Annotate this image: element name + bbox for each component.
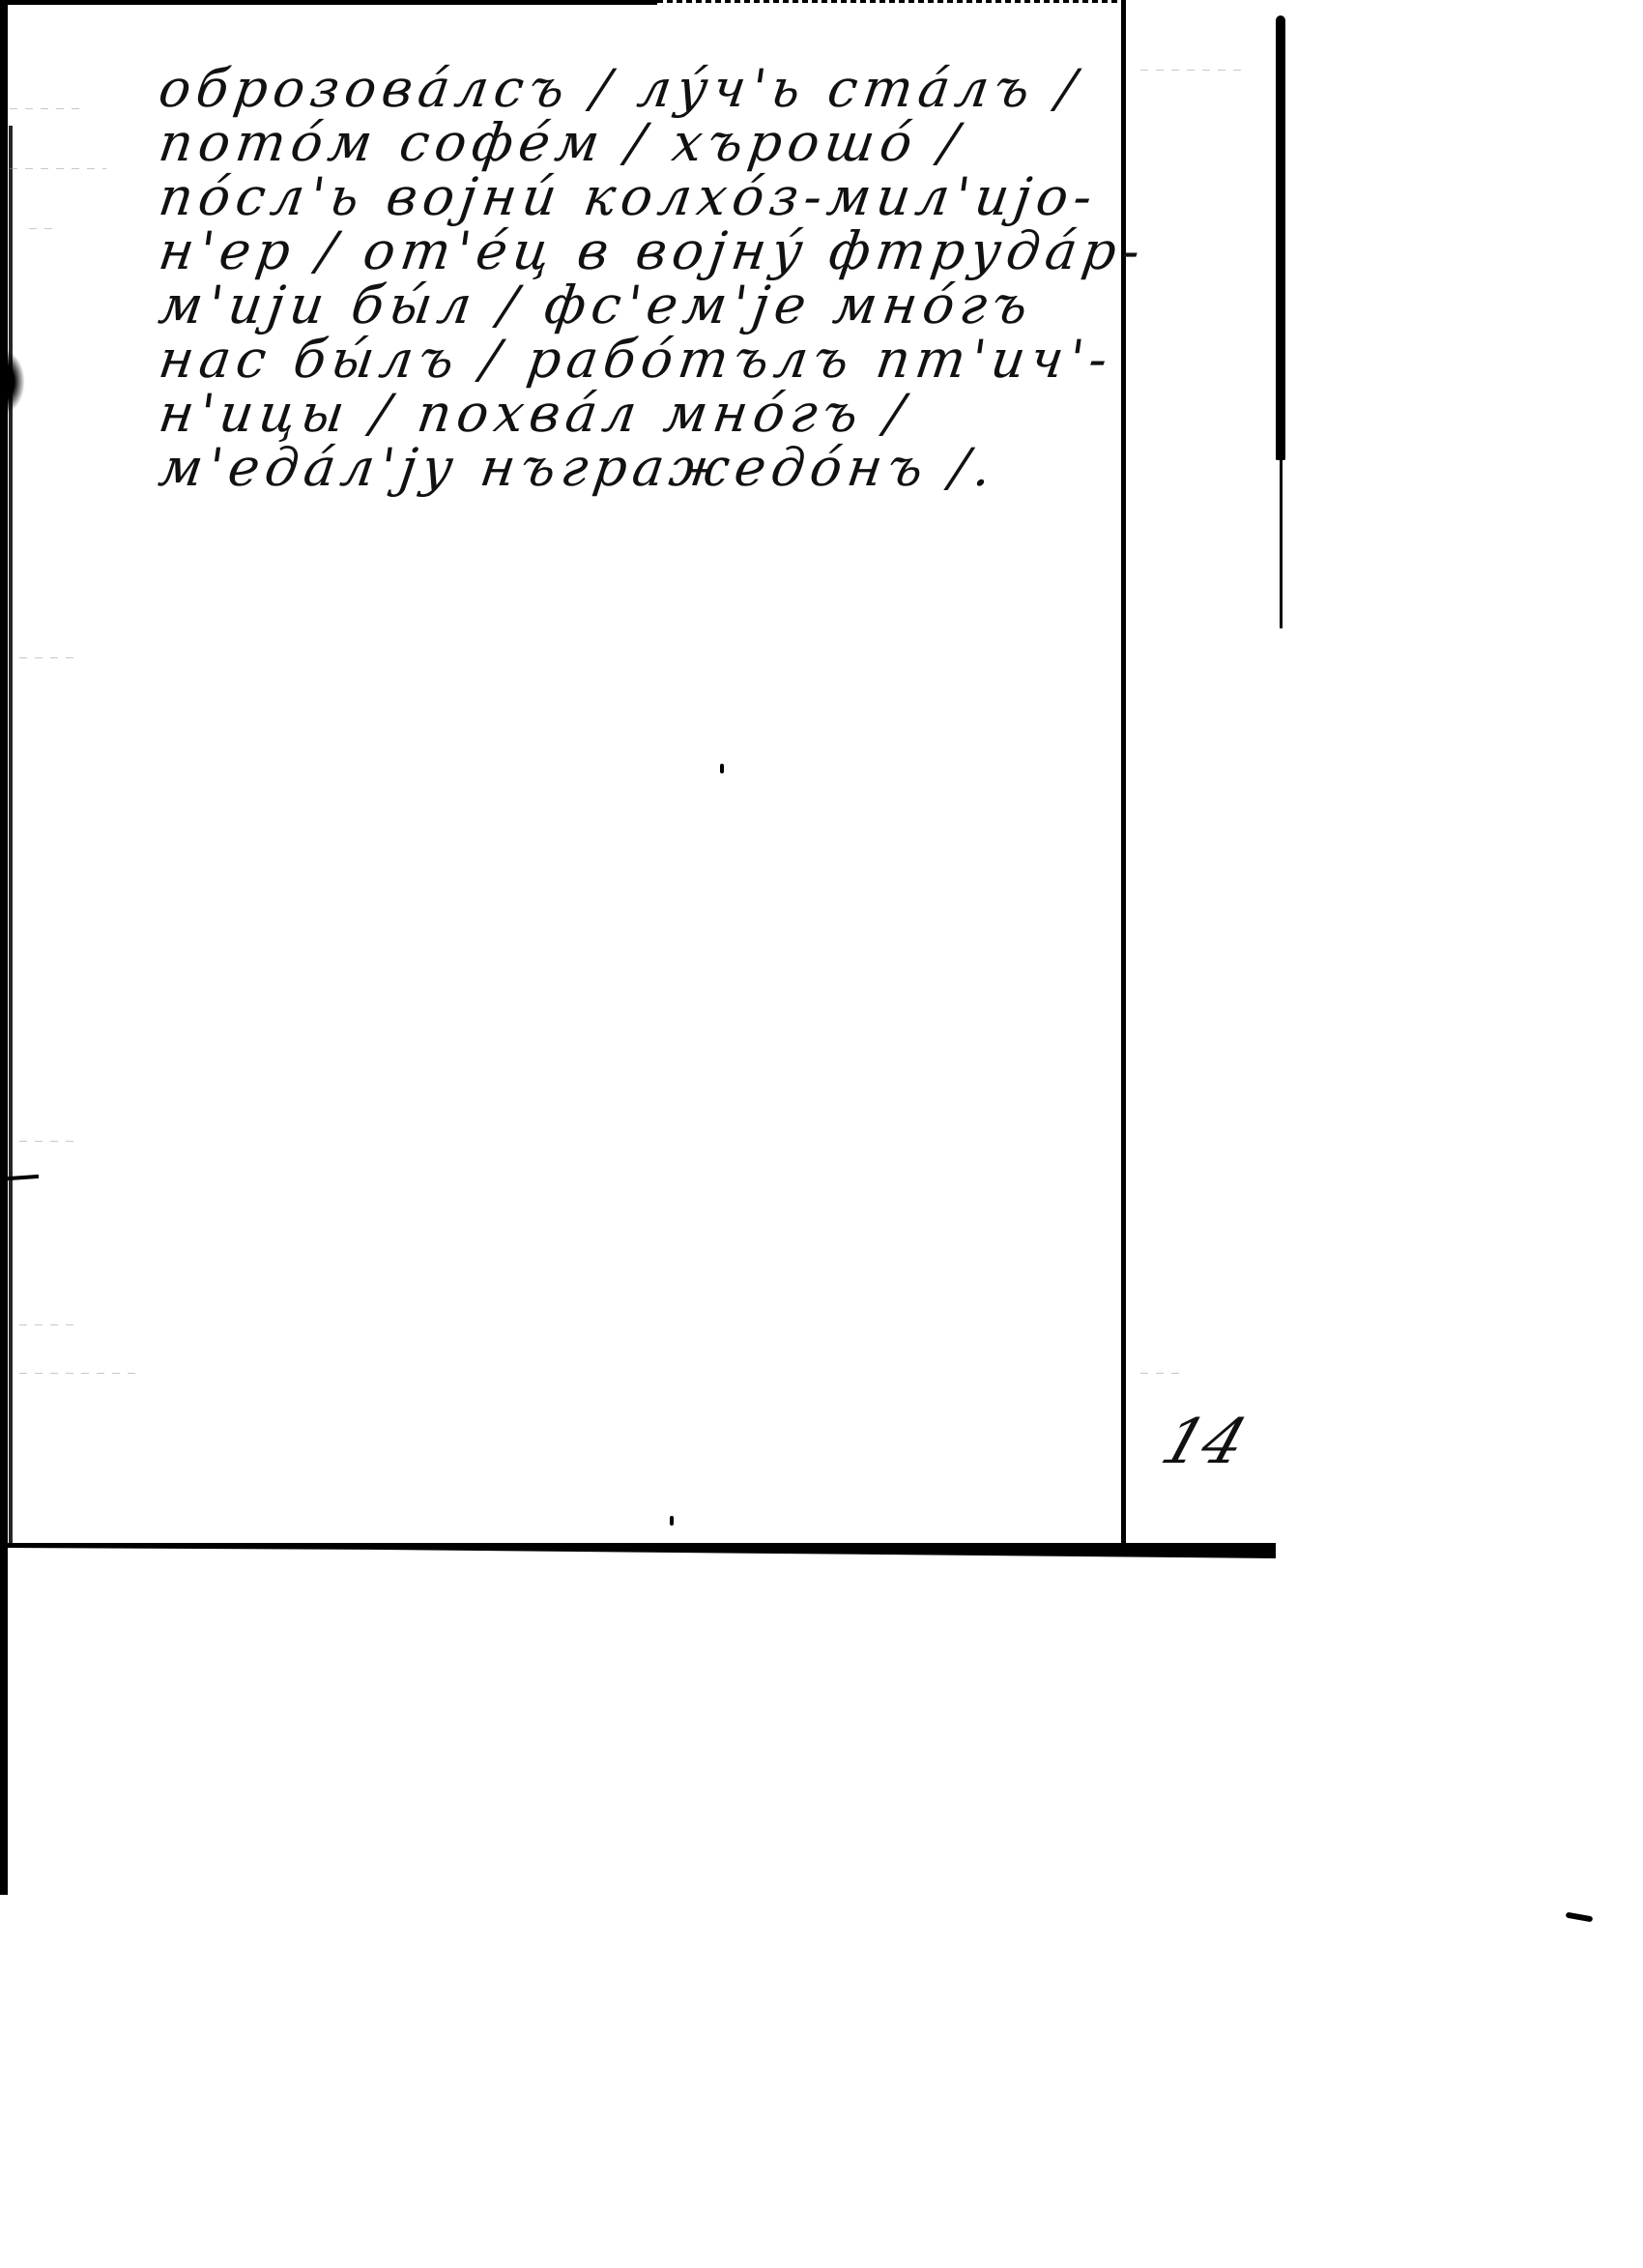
handwritten-line: оброзова́лсъ / лу́ч'ь ста́лъ /	[156, 58, 1085, 119]
ruled-line	[19, 657, 77, 658]
stray-ink-mark	[1566, 1912, 1594, 1923]
ruled-line	[10, 168, 106, 169]
page-bottom-edge	[0, 1539, 1276, 1558]
handwritten-line: пóсл'ь војнú колхóз-мил'ијо-	[156, 166, 1102, 227]
handwritten-line: н'ер / от'éц в војнý фтрудáр-	[156, 220, 1150, 281]
handwritten-line: м'едáл'ју нъгражедóнъ /.	[156, 437, 1001, 498]
ruled-line	[1140, 1373, 1179, 1374]
scan-edge-left-inner	[9, 126, 13, 1547]
page-fold-edge	[1276, 15, 1285, 460]
ruled-line	[1140, 70, 1247, 71]
scan-smudge	[0, 348, 25, 416]
scan-edge-top-fade	[657, 0, 1121, 3]
page-number: 14	[1153, 1407, 1254, 1478]
stray-ink-dot	[720, 764, 724, 773]
handwritten-line: потóм софе́м / хърошó /	[156, 112, 968, 173]
ruled-line	[10, 108, 87, 109]
scan-edge-top	[0, 0, 657, 5]
ruled-line	[19, 1141, 77, 1142]
ruled-line	[19, 1324, 77, 1325]
scan-edge-left	[0, 0, 8, 1895]
ruled-line	[19, 1373, 135, 1374]
handwritten-line: нас бы́лъ / рабóтълъ пт'ич'-	[156, 329, 1117, 390]
handwritten-line: н'ицы / похвáл мнóгъ /	[156, 383, 914, 444]
handwritten-line: м'ији бы́л / фс'ем'је мнóгъ	[156, 275, 1038, 335]
stray-ink-dot	[670, 1516, 674, 1526]
scan-smudge	[8, 1175, 39, 1180]
ruled-line	[29, 228, 58, 229]
page-fold-edge-tail	[1280, 454, 1283, 628]
scanned-page: оброзова́лсъ / лу́ч'ь ста́лъ / потóм соф…	[0, 0, 1643, 2268]
